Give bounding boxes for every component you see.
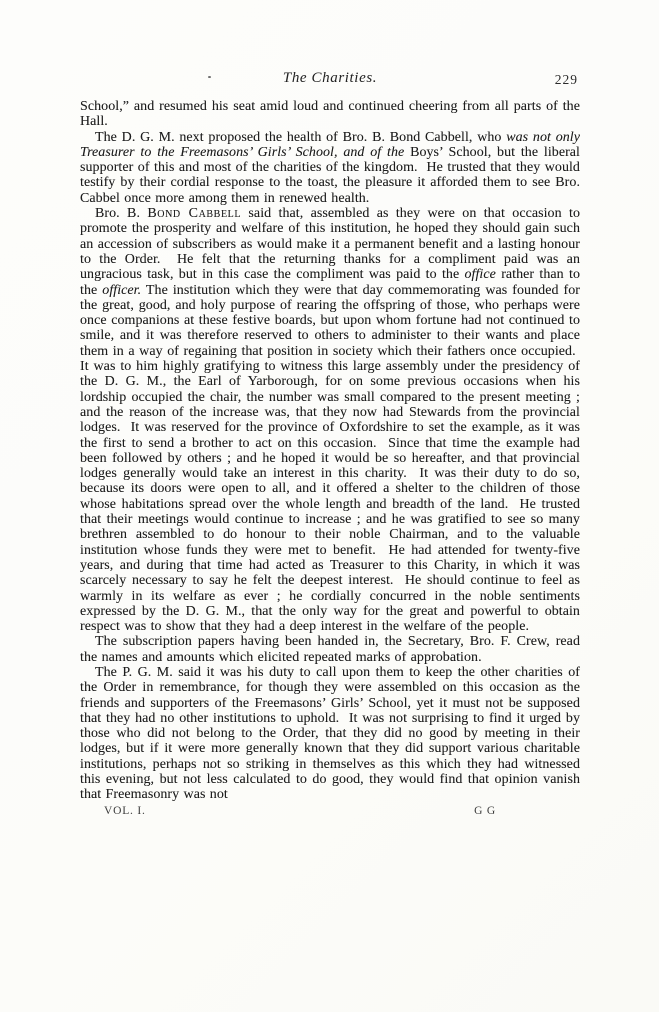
page-text: School,” and resumed his seat amid loud … — [80, 99, 580, 803]
scanned-book-page: The Charities. 229 School,” and resumed … — [0, 0, 659, 1012]
page-number: 229 — [555, 72, 578, 88]
body-text-segment: The subscription papers having been hand… — [80, 634, 580, 664]
text-block: The Charities. 229 School,” and resumed … — [80, 70, 580, 817]
paragraph: The D. G. M. next proposed the health of… — [80, 130, 580, 206]
body-text-segment: The P. G. M. said it was his duty to cal… — [80, 665, 580, 802]
body-text-segment: The institution which they were that day… — [80, 283, 580, 635]
body-text-segment: School,” and resumed his seat amid loud … — [80, 99, 580, 129]
italic-text: office — [465, 267, 496, 282]
italic-text: officer. — [102, 283, 141, 298]
paragraph: The P. G. M. said it was his duty to cal… — [80, 665, 580, 803]
paragraph: Bro. B. Bond Cabbell said that, assemble… — [80, 206, 580, 634]
running-head: The Charities. 229 — [80, 70, 580, 88]
volume-label: VOL. I. — [104, 805, 146, 817]
page-title: The Charities. — [80, 70, 580, 87]
paragraph: The subscription papers having been hand… — [80, 634, 580, 665]
body-text-segment: Bro. B. — [95, 206, 147, 221]
paragraph: School,” and resumed his seat amid loud … — [80, 99, 580, 130]
page-footer: VOL. I. G G — [80, 805, 580, 817]
smallcaps-text: Bond Cabbell — [147, 206, 241, 221]
body-text-segment: The D. G. M. next proposed the health of… — [95, 130, 506, 145]
signature-mark: G G — [474, 805, 496, 817]
